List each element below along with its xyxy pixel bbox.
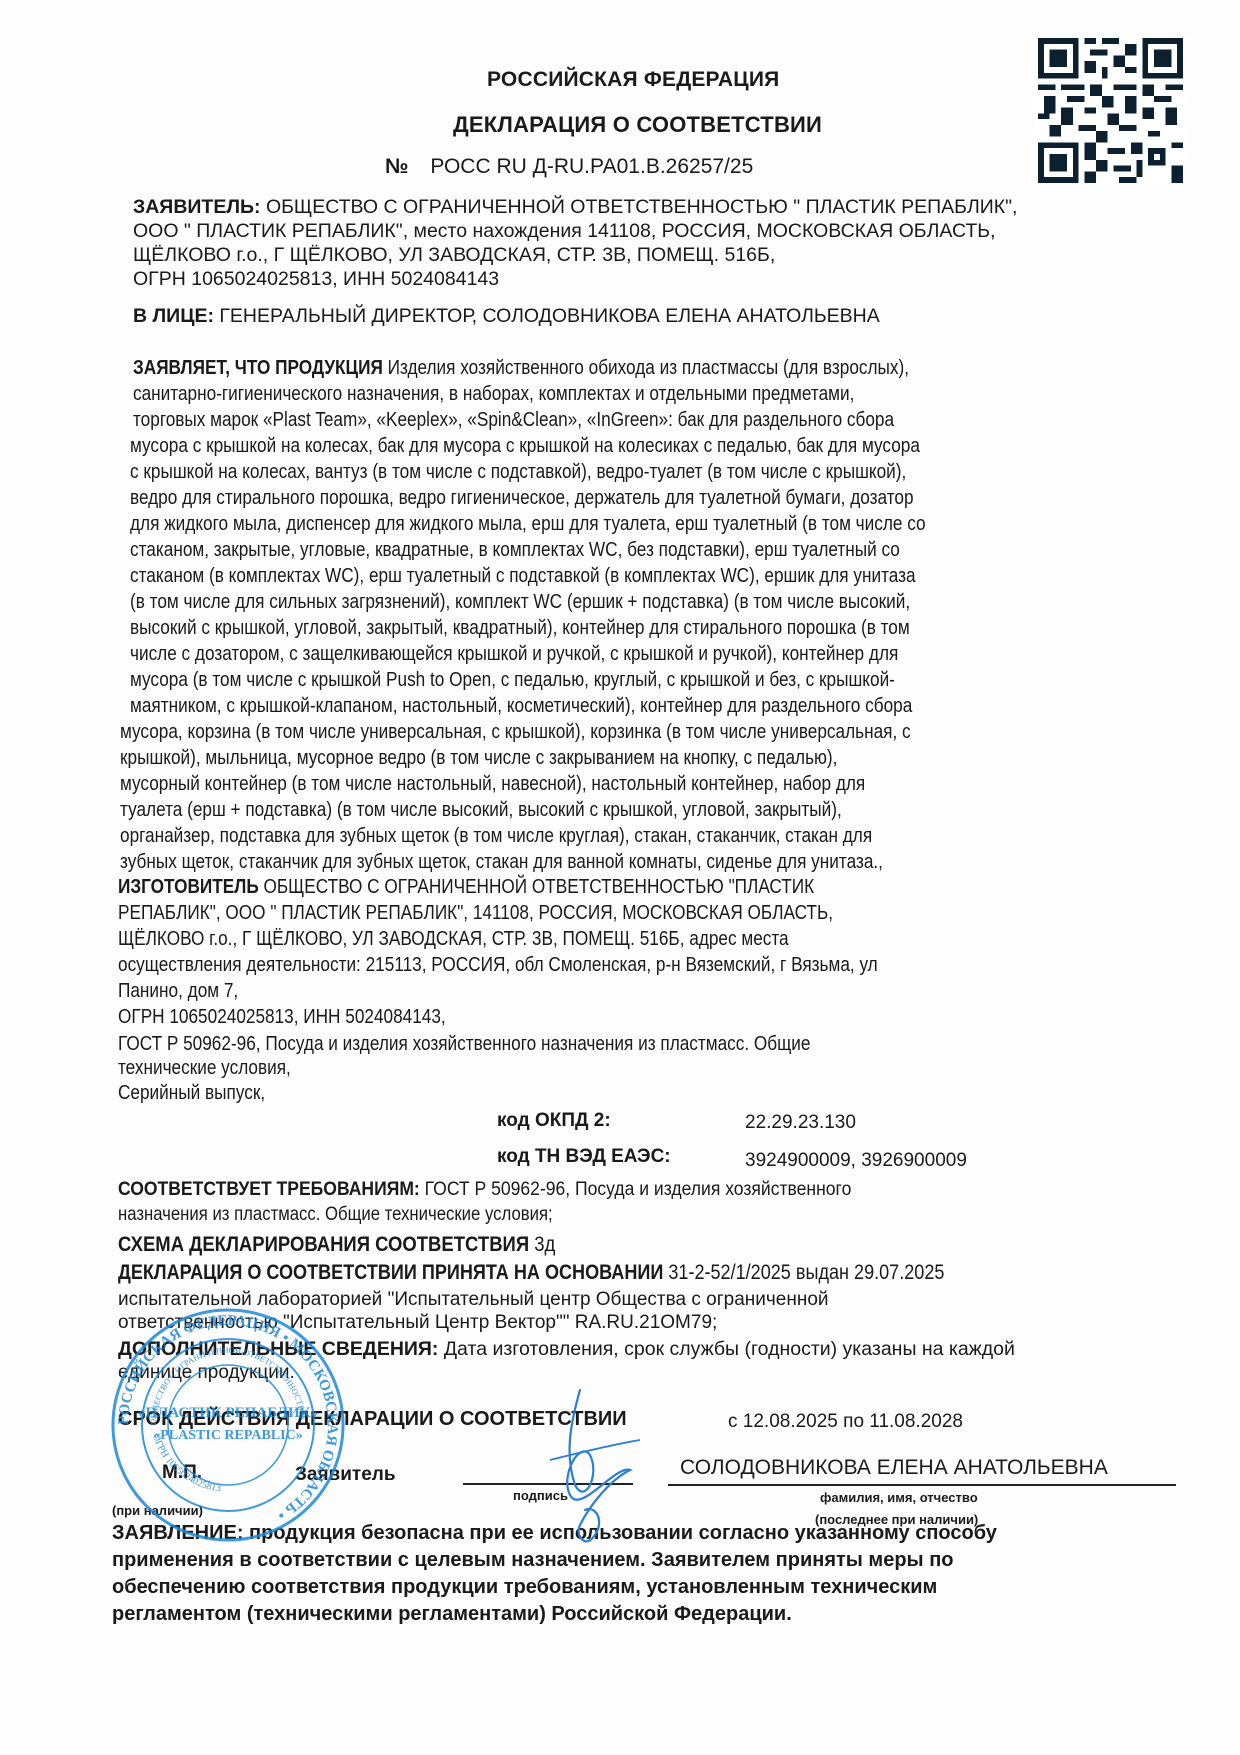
represented-by-label: В ЛИЦЕ: — [133, 305, 214, 327]
scheme-value: 3д — [529, 1233, 555, 1256]
signer-full-name: СОЛОДОВНИКОВА ЕЛЕНА АНАТОЛЬЕВНА — [680, 1457, 1108, 1479]
product-line: мусора, корзина (в том числе универсальн… — [120, 721, 911, 743]
name-line — [668, 1484, 1176, 1486]
tnved-value: 3924900009, 3926900009 — [745, 1150, 967, 1172]
mp-label: М.П. — [162, 1462, 202, 1484]
product-line: стаканом, закрытые, угловые, квадратные,… — [130, 539, 900, 561]
scheme-label: СХЕМА ДЕКЛАРИРОВАНИЯ СООТВЕТСТВИЯ — [118, 1233, 529, 1256]
product-line: высокий с крышкой, угловой, закрытый, кв… — [130, 617, 910, 639]
manufacturer-line: РЕПАБЛИК", ООО " ПЛАСТИК РЕПАБЛИК", 1411… — [118, 902, 833, 924]
product-label: ЗАЯВЛЯЕТ, ЧТО ПРОДУКЦИЯ — [133, 357, 383, 379]
statement-line-4: регламентом (техническими регламентами) … — [112, 1603, 792, 1625]
applicant-line-2: ООО " ПЛАСТИК РЕПАБЛИК", место нахождени… — [133, 220, 996, 242]
country-heading: РОССИЙСКАЯ ФЕДЕРАЦИЯ — [487, 68, 779, 92]
product-line: санитарно-гигиенического назначения, в н… — [133, 383, 854, 405]
okpd-value: 22.29.23.130 — [745, 1112, 856, 1134]
manufacturer-line: осуществления деятельности: 215113, РОСС… — [118, 954, 878, 976]
applicant-label: ЗАЯВИТЕЛЬ: — [133, 196, 261, 218]
manufacturer-line: ЩЁЛКОВО г.о., Г ЩЁЛКОВО, УЛ ЗАВОДСКАЯ, С… — [118, 928, 789, 950]
applicant-sign-label: Заявитель — [295, 1464, 396, 1486]
validity-value: с 12.08.2025 по 11.08.2028 — [728, 1411, 963, 1433]
scheme: СХЕМА ДЕКЛАРИРОВАНИЯ СООТВЕТСТВИЯ 3д — [118, 1234, 555, 1256]
applicant-line-1: ЗАЯВИТЕЛЬ: ОБЩЕСТВО С ОГРАНИЧЕННОЙ ОТВЕТ… — [133, 196, 1017, 218]
product-line: торговых марок «Plast Team», «Keeplex», … — [133, 409, 894, 431]
mp-note: (при наличии) — [112, 1503, 203, 1518]
applicant-line-4: ОГРН 1065024025813, ИНН 5024084143 — [133, 268, 499, 290]
okpd-label: код ОКПД 2: — [497, 1110, 611, 1132]
statement-line-1: ЗАЯВЛЕНИЕ: продукция безопасна при ее ис… — [112, 1522, 997, 1544]
product-line: (в том числе для сильных загрязнений), к… — [130, 591, 910, 613]
product-line: с крышкой на колесах, вантуз (в том числ… — [130, 461, 906, 483]
manufacturer-line: ОГРН 1065024025813, ИНН 5024084143, — [118, 1006, 446, 1028]
product-line: крышкой), мыльница, мусорное ведро (в то… — [120, 747, 837, 769]
product-line: туалета (ерш + подставка) (в том числе в… — [120, 799, 842, 821]
manufacturer-line: Серийный выпуск, — [118, 1082, 265, 1104]
additional-label: ДОПОЛНИТЕЛЬНЫЕ СВЕДЕНИЯ: — [118, 1338, 438, 1360]
svg-text:«PLASTIC REPABLIC»: «PLASTIC REPABLIC» — [153, 1428, 303, 1443]
manufacturer-label: ИЗГОТОВИТЕЛЬ — [118, 876, 259, 898]
declaration-number: №РОСС RU Д-RU.РА01.В.26257/25 — [385, 155, 753, 179]
number-sign: № — [385, 155, 408, 178]
additional-line-1: ДОПОЛНИТЕЛЬНЫЕ СВЕДЕНИЯ: Дата изготовлен… — [118, 1338, 1015, 1360]
tnved-label: код ТН ВЭД ЕАЭС: — [497, 1146, 671, 1168]
requirements-line-1: СООТВЕТСТВУЕТ ТРЕБОВАНИЯМ: ГОСТ Р 50962-… — [118, 1178, 851, 1200]
requirements-label: СООТВЕТСТВУЕТ ТРЕБОВАНИЯМ: — [118, 1178, 420, 1200]
signature-caption: подпись — [513, 1488, 568, 1503]
product-line: ЗАЯВЛЯЕТ, ЧТО ПРОДУКЦИЯ Изделия хозяйств… — [133, 357, 909, 379]
applicant-line-3: ЩЁЛКОВО г.о., Г ЩЁЛКОВО, УЛ ЗАВОДСКАЯ, С… — [133, 244, 775, 266]
name-caption-1: фамилия, имя, отчество — [820, 1490, 978, 1505]
validity-label: СРОК ДЕЙСТВИЯ ДЕКЛАРАЦИИ О СООТВЕТСТВИИ — [118, 1408, 627, 1430]
product-line: органайзер, подставка для зубных щеток (… — [120, 825, 872, 847]
basis-line-2: испытательной лабораторией "Испытательны… — [118, 1289, 829, 1311]
qr-code-icon[interactable] — [1033, 38, 1188, 183]
product-line: зубных щеток, стаканчик для зубных щеток… — [120, 851, 883, 873]
basis-line-1: ДЕКЛАРАЦИЯ О СООТВЕТСТВИИ ПРИНЯТА НА ОСН… — [118, 1262, 944, 1284]
product-line: мусора (в том числе с крышкой Push to Op… — [130, 669, 895, 691]
requirements-line-2: назначения из пластмасс. Общие техническ… — [118, 1204, 553, 1226]
basis-label: ДЕКЛАРАЦИЯ О СООТВЕТСТВИИ ПРИНЯТА НА ОСН… — [118, 1261, 663, 1284]
manufacturer-line: ГОСТ Р 50962-96, Посуда и изделия хозяйс… — [118, 1033, 810, 1055]
product-line: ведро для стирального порошка, ведро гиг… — [130, 487, 914, 509]
product-line: мусорный контейнер (в том числе настольн… — [120, 773, 865, 795]
product-line: стаканом (в комплектах WC), ерш туалетны… — [130, 565, 916, 587]
represented-by: В ЛИЦЕ: ГЕНЕРАЛЬНЫЙ ДИРЕКТОР, СОЛОДОВНИК… — [133, 305, 880, 327]
manufacturer-line: Панино, дом 7, — [118, 980, 238, 1002]
product-line: числе с дозатором, с защелкивающейся кры… — [130, 643, 898, 665]
manufacturer-line: ИЗГОТОВИТЕЛЬ ОБЩЕСТВО С ОГРАНИЧЕННОЙ ОТВ… — [118, 876, 814, 898]
document-title: ДЕКЛАРАЦИЯ О СООТВЕТСТВИИ — [453, 112, 822, 138]
product-line: для жидкого мыла, диспенсер для жидкого … — [130, 513, 926, 535]
statement-label: ЗАЯВЛЕНИЕ: — [112, 1522, 243, 1544]
signature-line — [463, 1483, 633, 1485]
statement-line-3: обеспечению соответствия продукции требо… — [112, 1576, 937, 1598]
product-line: маятником, с крышкой-клапаном, настольны… — [130, 695, 912, 717]
statement-line-2: применения в соответствии с целевым назн… — [112, 1549, 953, 1571]
manufacturer-line: технические условия, — [118, 1057, 291, 1079]
number-value: РОСС RU Д-RU.РА01.В.26257/25 — [430, 155, 753, 178]
product-line: мусора с крышкой на колесах, бак для мус… — [130, 435, 920, 457]
basis-line-3: ответственностью "Испытательный Центр Ве… — [118, 1312, 717, 1334]
additional-line-2: единице продукции. — [118, 1362, 295, 1384]
